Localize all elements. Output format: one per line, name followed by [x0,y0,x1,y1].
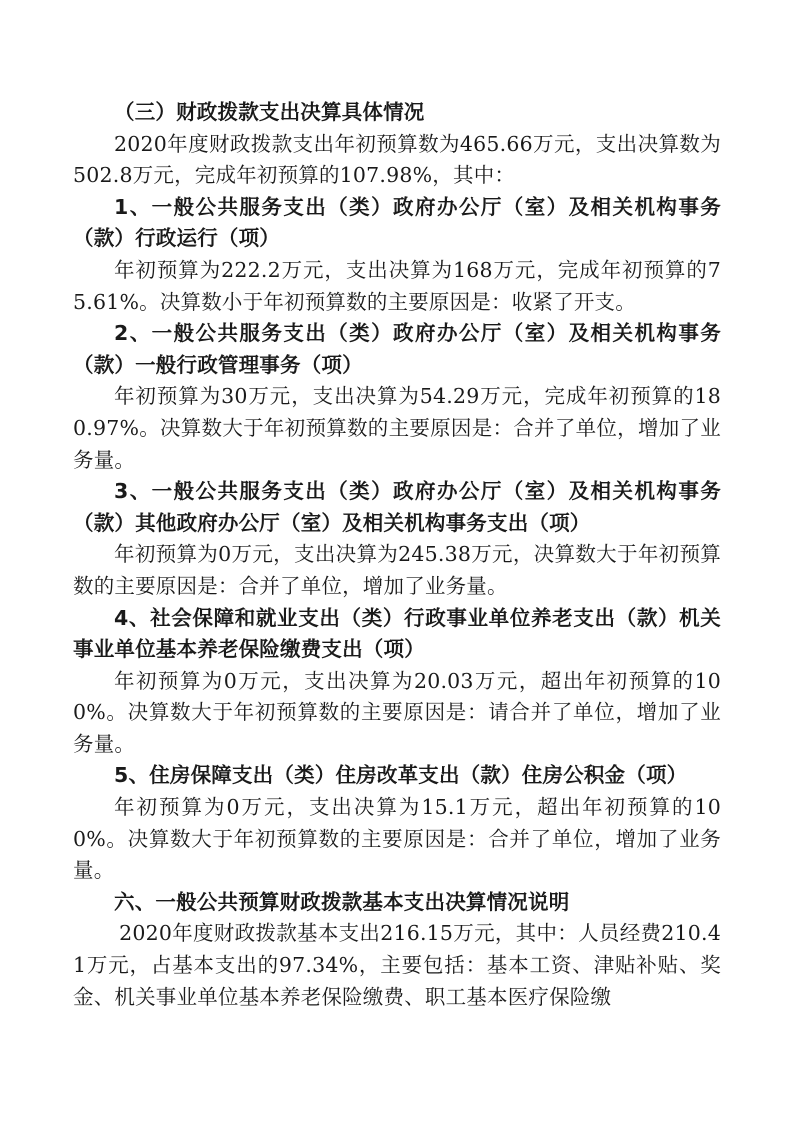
item-3-heading: 3、一般公共服务支出（类）政府办公厅（室）及相关机构事务（款）其他政府办公厅（室… [73,476,721,539]
item-5-body: 年初预算为0万元，支出决算为15.1万元，超出年初预算的100%。决算数大于年初… [73,792,721,887]
section-heading: （三）财政拨款支出决算具体情况 [73,97,721,129]
item-3-body: 年初预算为0万元，支出决算为245.38万元，决算数大于年初预算数的主要原因是：… [73,539,721,602]
section-6-body: 2020年度财政拨款基本支出216.15万元，其中：人员经费210.41万元，占… [73,918,721,1013]
item-4-heading: 4、社会保障和就业支出（类）行政事业单位养老支出（款）机关事业单位基本养老保险缴… [73,603,721,666]
item-1-body: 年初预算为222.2万元，支出决算为168万元，完成年初预算的75.61%。决算… [73,255,721,318]
item-2-heading: 2、一般公共服务支出（类）政府办公厅（室）及相关机构事务（款）一般行政管理事务（… [73,318,721,381]
document-page: （三）财政拨款支出决算具体情况 2020年度财政拨款支出年初预算数为465.66… [73,97,721,1013]
section-6-heading: 六、一般公共预算财政拨款基本支出决算情况说明 [73,887,721,919]
item-4-body: 年初预算为0万元，支出决算为20.03万元，超出年初预算的100%。决算数大于年… [73,666,721,761]
item-5-heading: 5、住房保障支出（类）住房改革支出（款）住房公积金（项） [73,760,721,792]
item-2-body: 年初预算为30万元，支出决算为54.29万元，完成年初预算的180.97%。决算… [73,381,721,476]
intro-paragraph: 2020年度财政拨款支出年初预算数为465.66万元，支出决算数为502.8万元… [73,129,721,192]
item-1-heading: 1、一般公共服务支出（类）政府办公厅（室）及相关机构事务（款）行政运行（项） [73,192,721,255]
